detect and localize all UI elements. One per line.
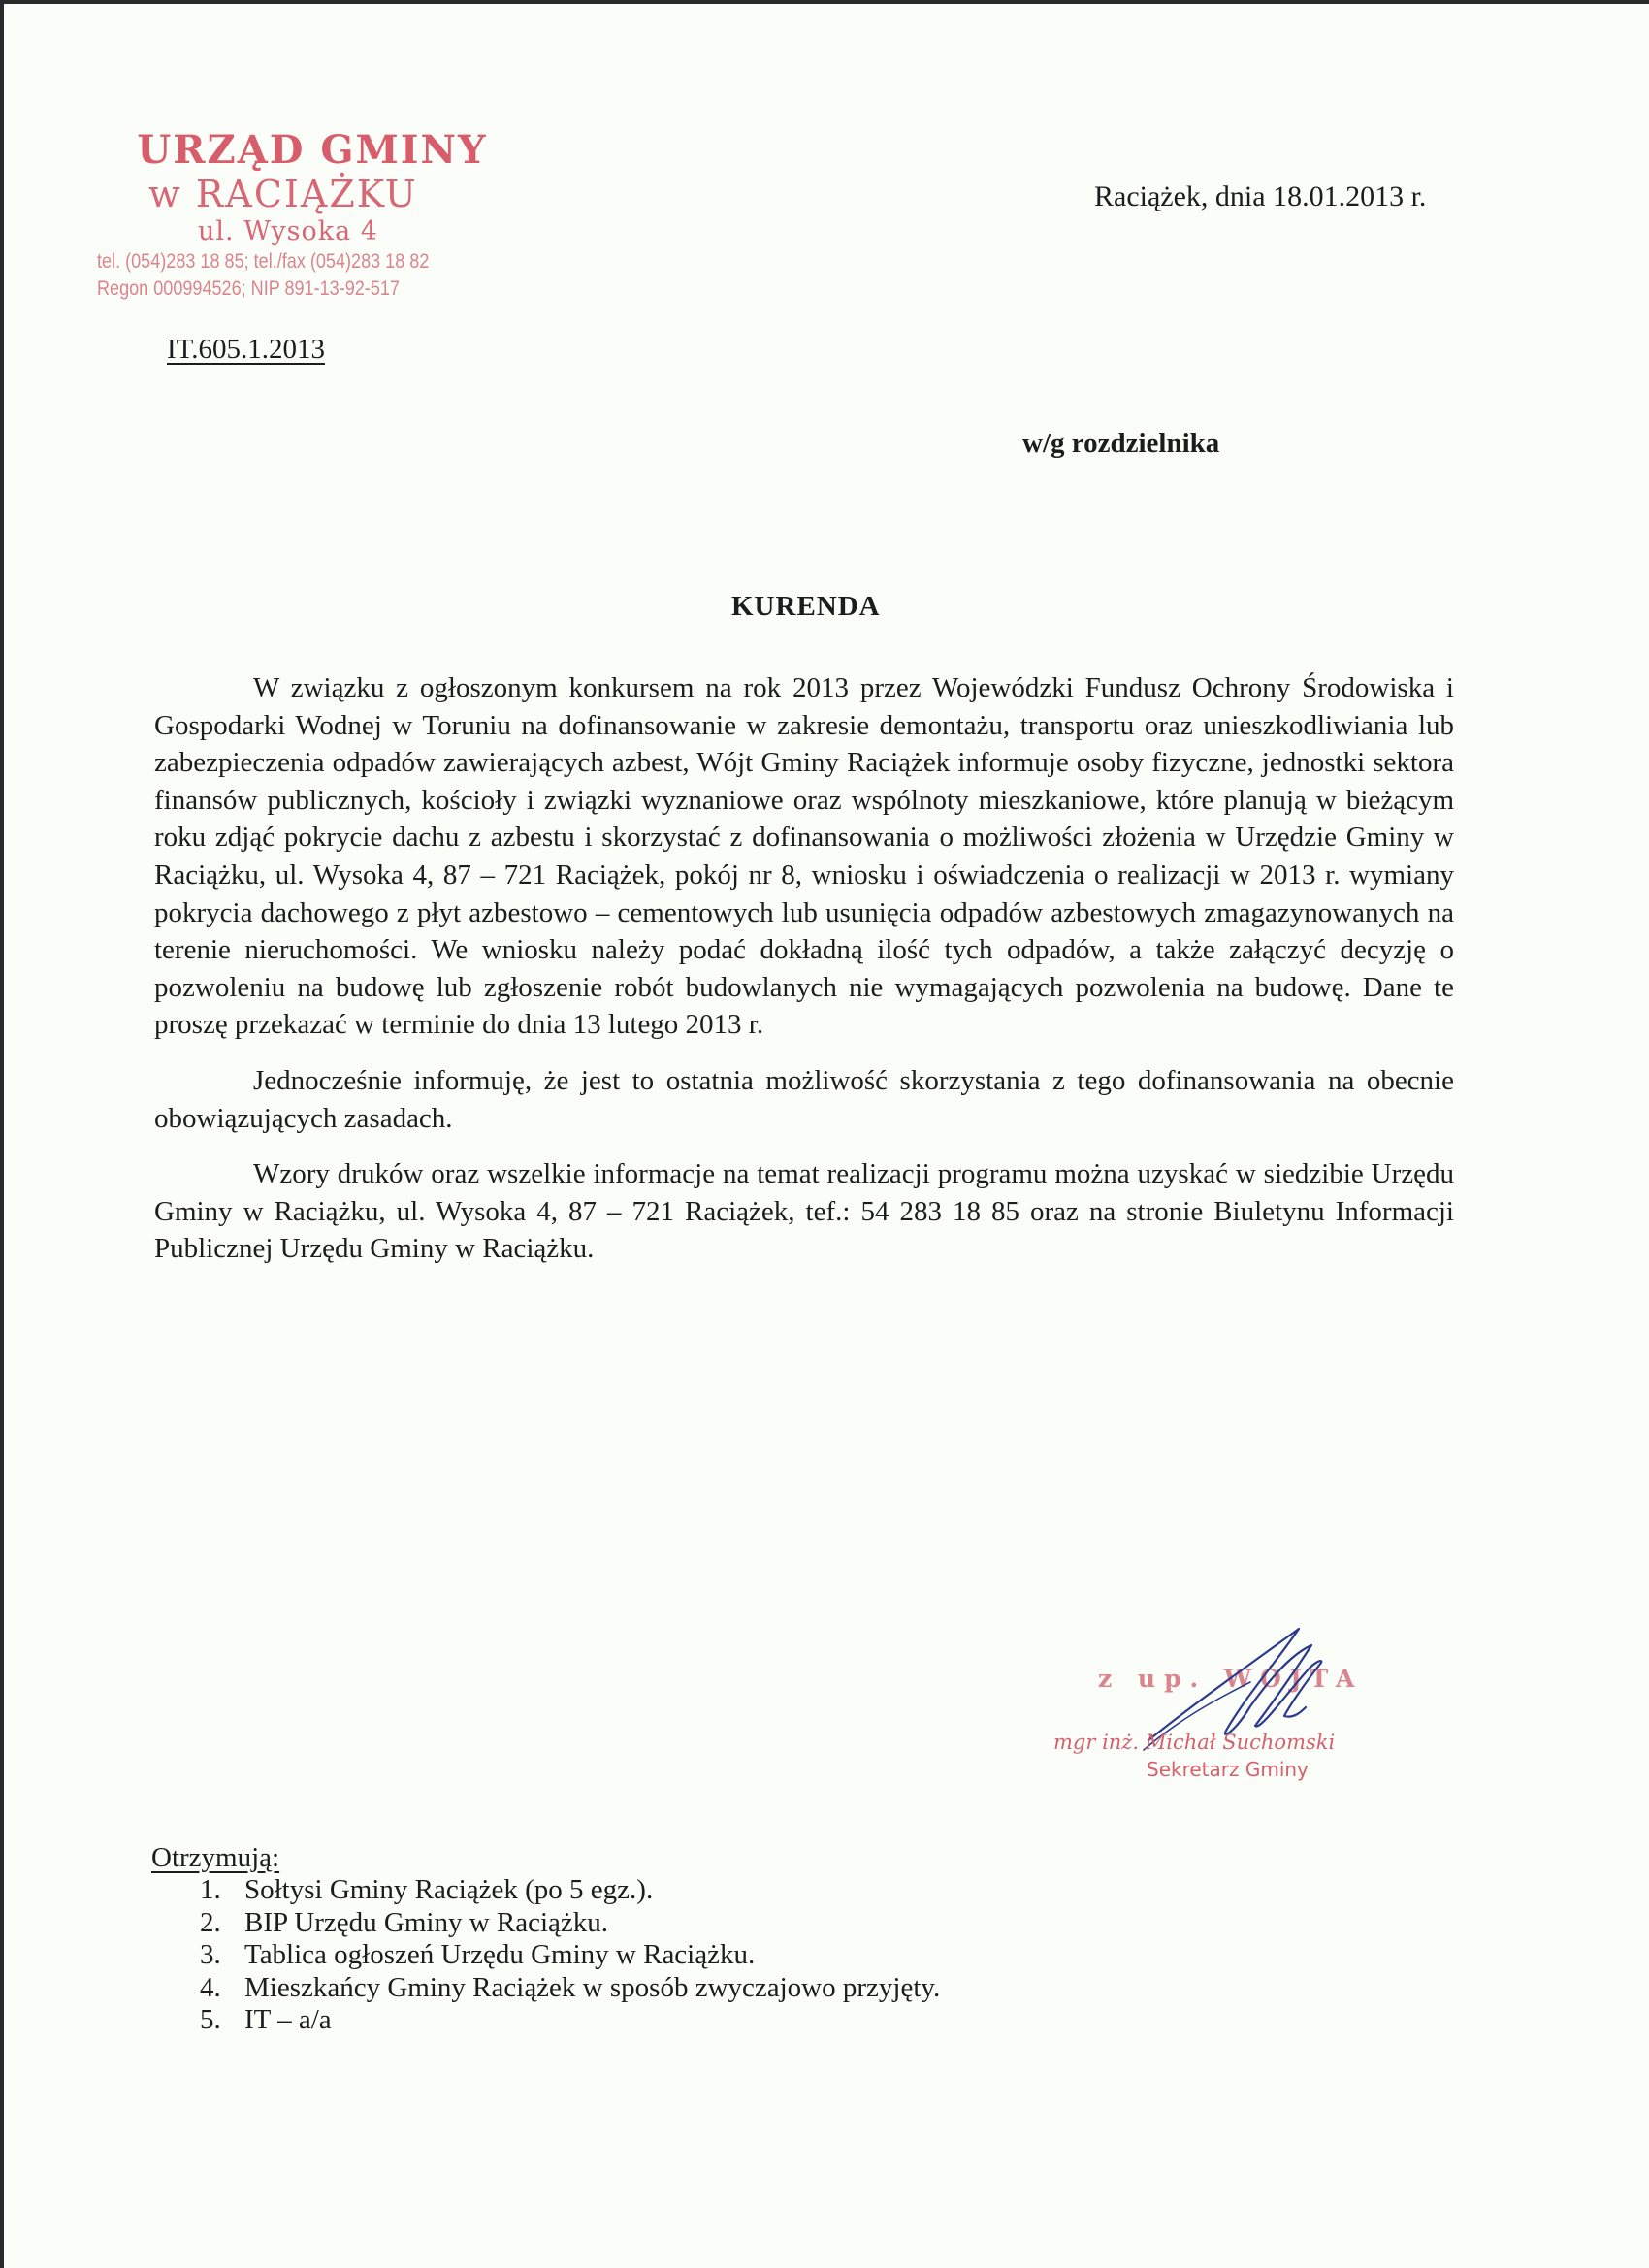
recipient-list: 1.Sołtysi Gminy Raciążek (po 5 egz.). 2.… [151, 1874, 940, 2037]
document-title: KURENDA [731, 591, 881, 623]
stamp-office-name: URZĄD GMINY [89, 128, 535, 173]
paragraph: Jednocześnie informuję, że jest to ostat… [154, 1062, 1454, 1137]
document-page: URZĄD GMINY w RACIĄŻKU ul. Wysoka 4 tel.… [0, 0, 1649, 2268]
stamp-phone: tel. (054)283 18 85; tel./fax (054)283 1… [97, 248, 474, 275]
stamp-regon-nip: Regon 000994526; NIP 891-13-92-517 [97, 275, 474, 303]
letter-body: W związku z ogłoszonym konkursem na rok … [154, 669, 1454, 1286]
stamp-office-location: w RACIĄŻKU [31, 173, 535, 215]
distribution-list: Otrzymują: 1.Sołtysi Gminy Raciążek (po … [151, 1841, 940, 2037]
list-item: 4.Mieszkańcy Gminy Raciążek w sposób zwy… [200, 1972, 940, 2005]
reference-number: IT.605.1.2013 [167, 334, 325, 366]
list-item: 5.IT – a/a [200, 2004, 940, 2037]
place-and-date: Raciążek, dnia 18.01.2013 r. [1094, 180, 1426, 213]
stamp-street: ul. Wysoka 4 [41, 215, 535, 248]
paragraph: W związku z ogłoszonym konkursem na rok … [154, 669, 1454, 1044]
signatory-role: Sekretarz Gminy [1147, 1758, 1309, 1781]
addressee: w/g rozdzielnika [1022, 428, 1219, 460]
signature-block: z up. WÓJTA mgr inż. Michał Suchomski Se… [1051, 1614, 1439, 1789]
office-header-stamp: URZĄD GMINY w RACIĄŻKU ul. Wysoka 4 tel.… [89, 128, 535, 303]
list-item: 1.Sołtysi Gminy Raciążek (po 5 egz.). [200, 1874, 940, 1907]
signatory-name: mgr inż. Michał Suchomski [1053, 1731, 1335, 1754]
paragraph: Wzory druków oraz wszelkie informacje na… [154, 1155, 1454, 1268]
distribution-heading: Otrzymują: [151, 1841, 940, 1874]
list-item: 3.Tablica ogłoszeń Urzędu Gminy w Raciąż… [200, 1939, 940, 1972]
list-item: 2.BIP Urzędu Gminy w Raciążku. [200, 1907, 940, 1940]
